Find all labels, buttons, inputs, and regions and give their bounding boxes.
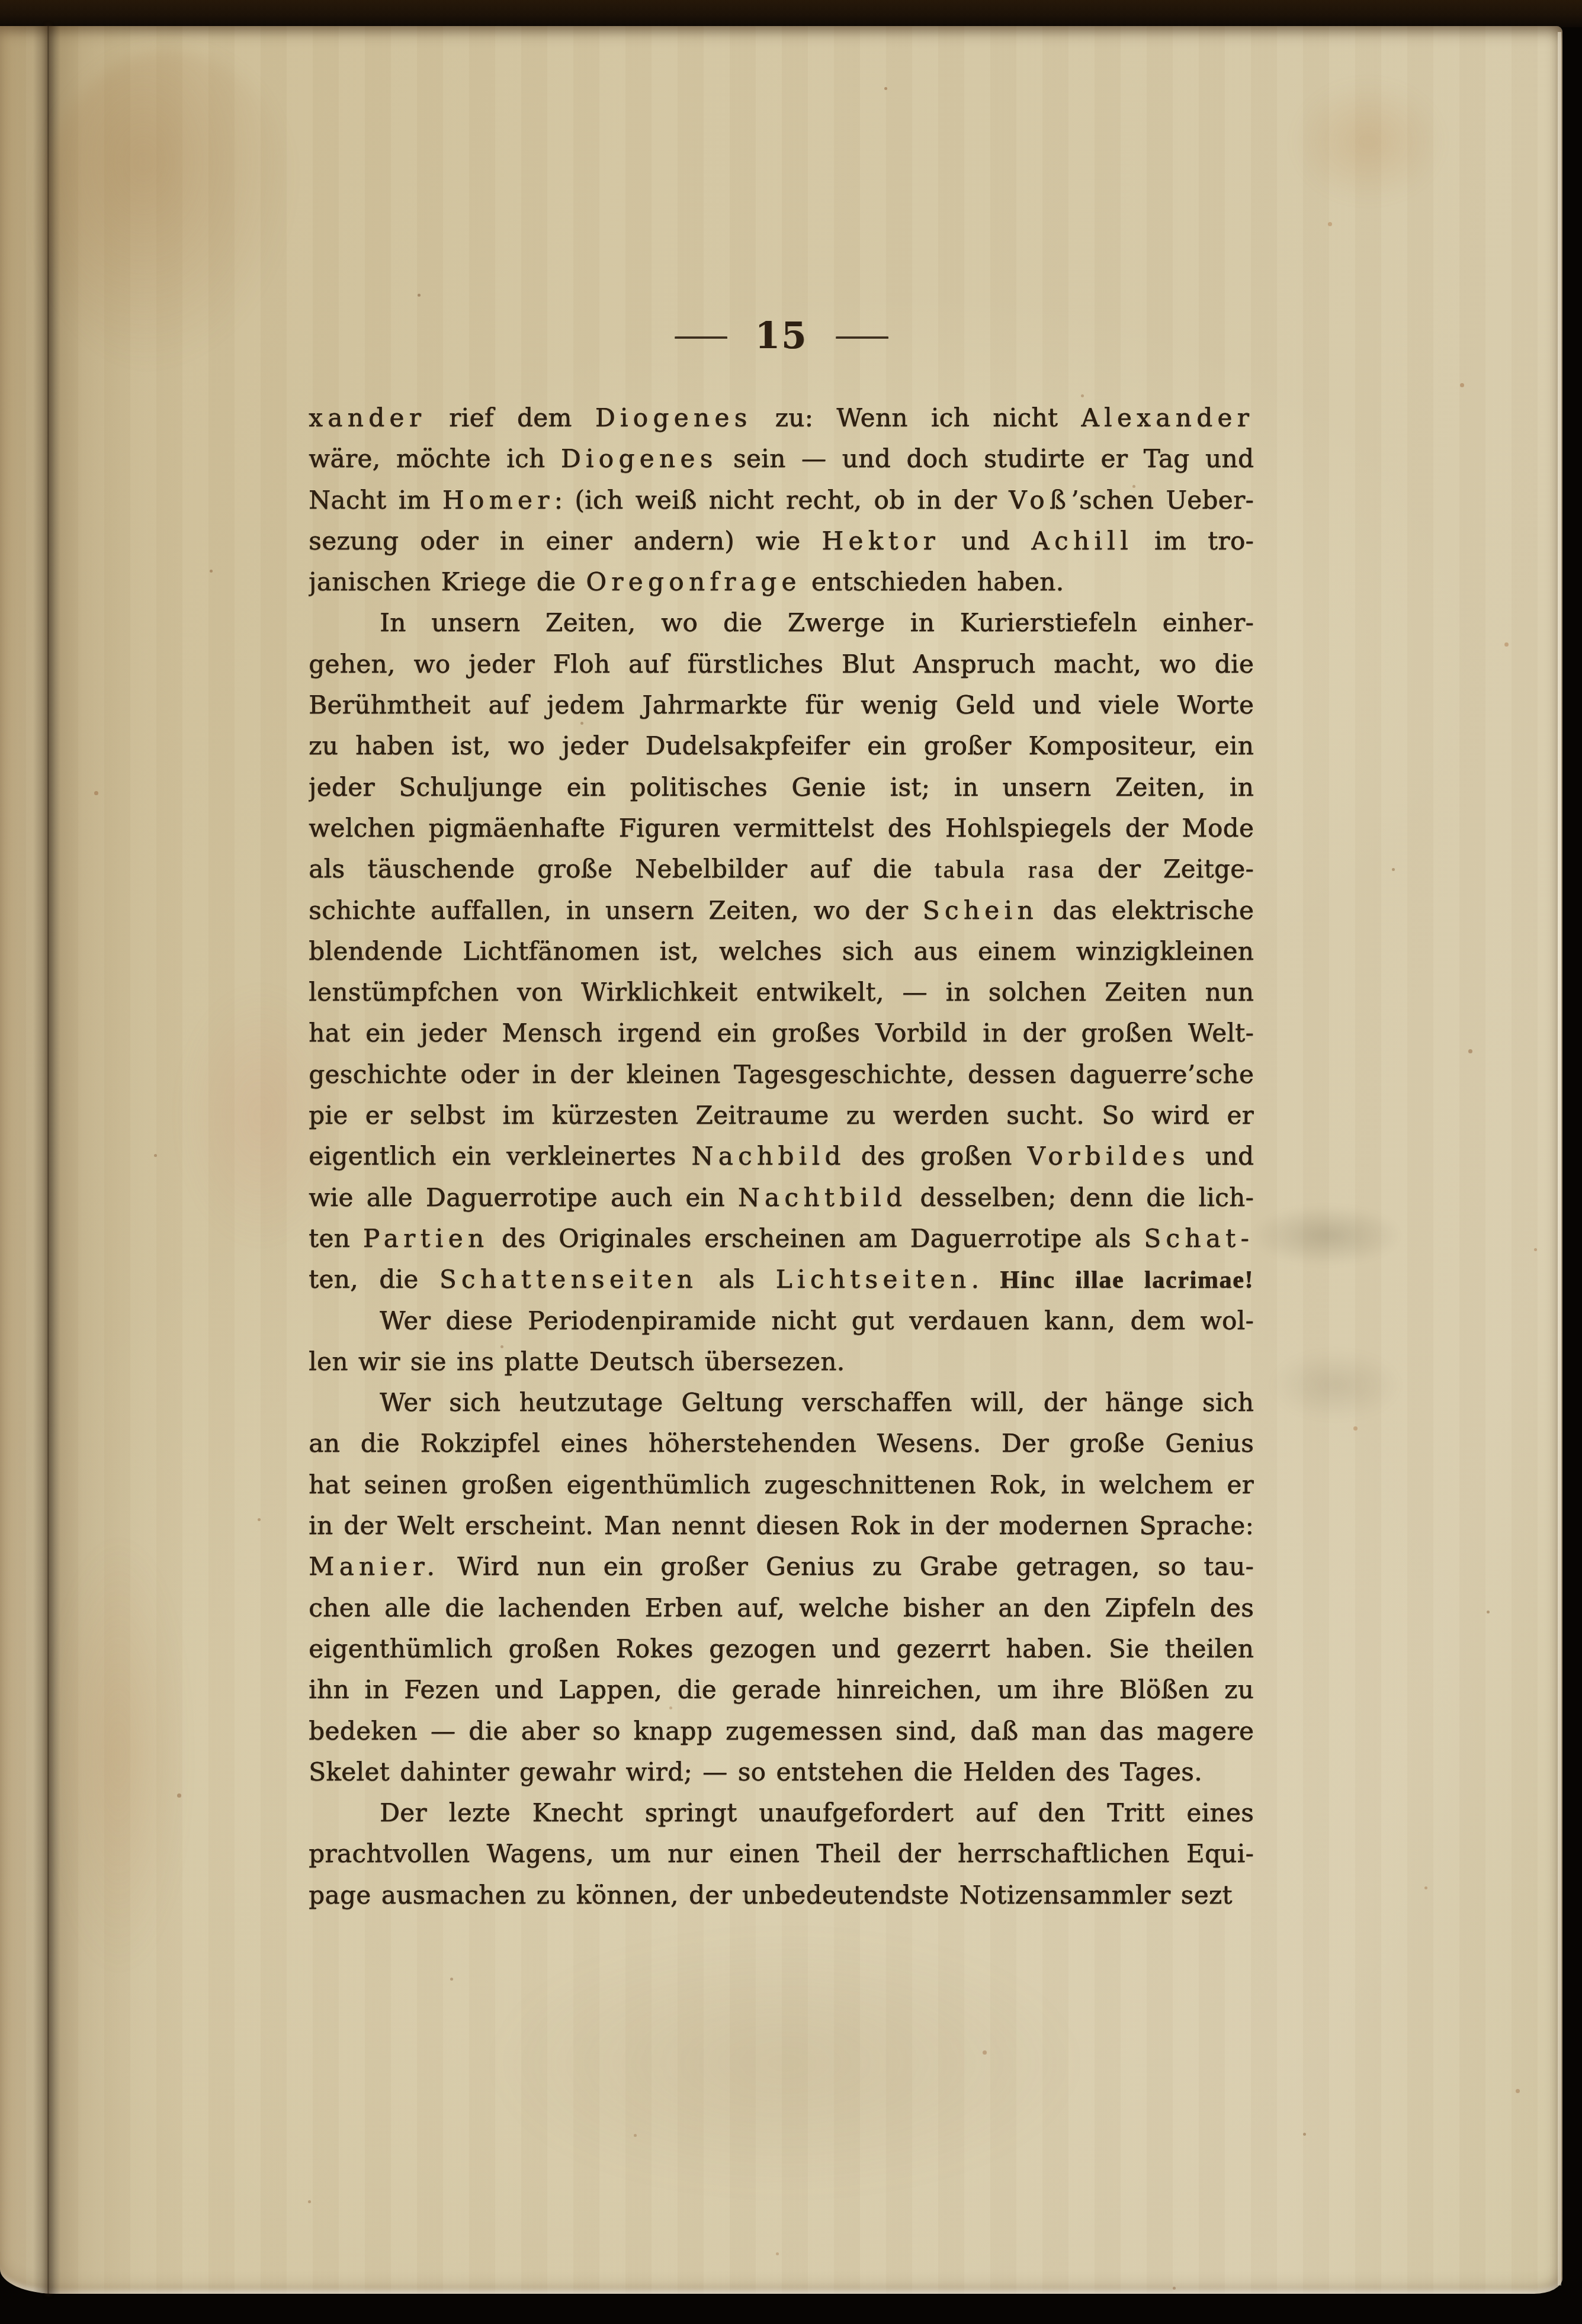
text-segment-fraktur: Der lezte Knecht springt unaufgefordert … bbox=[380, 1798, 1254, 1827]
text-segment-fraktur: len wir sie ins platte Deutsch übersezen… bbox=[309, 1347, 845, 1376]
text-segment-fraktur: hat seinen großen eigenthümlich zugeschn… bbox=[309, 1470, 1254, 1499]
text-line: sezung oder in einer andern) wie Hektor … bbox=[309, 520, 1254, 561]
text-line: Der lezte Knecht springt unaufgefordert … bbox=[309, 1792, 1254, 1833]
text-segment-fraktur: jeder Schuljunge ein politisches Genie i… bbox=[309, 773, 1254, 802]
text-line: eigenthümlich großen Rokes gezogen und g… bbox=[309, 1628, 1254, 1669]
text-line: lenstümpfchen von Wirklichkeit entwikelt… bbox=[309, 972, 1254, 1012]
text-segment-fraktur: janischen Kriege die bbox=[309, 567, 586, 596]
text-segment-fraktur: das elektrische bbox=[1038, 896, 1254, 925]
text-line: gehen, wo jeder Floh auf fürstliches Blu… bbox=[309, 644, 1254, 684]
text-segment-fraktur: der Zeitge- bbox=[1075, 854, 1254, 883]
text-line: jeder Schuljunge ein politisches Genie i… bbox=[309, 767, 1254, 808]
text-line: hat seinen großen eigenthümlich zugeschn… bbox=[309, 1464, 1254, 1505]
text-segment-fraktur: wäre, möchte ich bbox=[309, 444, 561, 473]
text-segment-spaced: Schat- bbox=[1144, 1224, 1254, 1253]
text-line: zu haben ist, wo jeder Dudelsakpfeifer e… bbox=[309, 725, 1254, 766]
text-segment-fraktur: bedeken — die aber so knapp zugemessen s… bbox=[309, 1717, 1254, 1746]
text-segment-fraktur: Nacht im bbox=[309, 486, 442, 515]
scan-background-top bbox=[0, 0, 1582, 27]
text-segment-spaced: Schattenseiten bbox=[439, 1265, 698, 1294]
page-text: xander rief dem Diogenes zu: Wenn ich ni… bbox=[309, 397, 1254, 1915]
text-line: blendende Lichtfänomen ist, welches sich… bbox=[309, 931, 1254, 972]
text-line: als täuschende große Nebelbilder auf die… bbox=[309, 848, 1254, 889]
text-segment-spaced: Diogenes bbox=[595, 403, 752, 432]
text-segment-spaced: Nachtbild bbox=[738, 1183, 907, 1212]
text-segment-fraktur: im tro- bbox=[1133, 526, 1254, 555]
text-segment-fraktur: sein — und doch studirte er Tag und bbox=[717, 444, 1254, 473]
text-line: geschichte oder in der kleinen Tagesgesc… bbox=[309, 1054, 1254, 1095]
text-line: an die Rokzipfel eines höherstehenden We… bbox=[309, 1423, 1254, 1464]
text-line: Berühmtheit auf jedem Jahrmarkte für wen… bbox=[309, 684, 1254, 725]
text-segment-fraktur: entschieden haben. bbox=[801, 567, 1064, 596]
text-segment-fraktur: eigentlich ein verkleinertes bbox=[309, 1142, 691, 1171]
text-segment-fraktur: des großen bbox=[846, 1142, 1028, 1171]
text-segment-fraktur: Wird nun ein großer Genius zu Grabe getr… bbox=[439, 1552, 1254, 1581]
text-segment-fraktur: . bbox=[971, 1265, 1000, 1294]
text-segment-fraktur: Wer sich heutzutage Geltung verschaffen … bbox=[380, 1388, 1254, 1417]
text-line: xander rief dem Diogenes zu: Wenn ich ni… bbox=[309, 397, 1254, 438]
text-segment-fraktur: chen alle die lachenden Erben auf, welch… bbox=[309, 1593, 1254, 1622]
text-segment-fraktur: ihn in Fezen und Lappen, die gerade hinr… bbox=[309, 1675, 1254, 1704]
text-line: pie er selbst im kürzesten Zeitraume zu … bbox=[309, 1095, 1254, 1136]
text-segment-fraktur: und bbox=[940, 526, 1031, 555]
text-segment-fraktur: schichte auffallen, in unsern Zeiten, wo… bbox=[309, 896, 923, 925]
text-line: in der Welt erscheint. Man nennt diesen … bbox=[309, 1505, 1254, 1546]
text-line: ten, die Schattenseiten als Lichtseiten.… bbox=[309, 1259, 1254, 1300]
text-segment-spaced: Lichtseiten bbox=[776, 1265, 971, 1294]
stain bbox=[503, 1944, 1066, 2181]
text-segment-spaced: Partien bbox=[363, 1224, 489, 1253]
text-segment-fraktur: zu haben ist, wo jeder Dudelsakpfeifer e… bbox=[309, 731, 1254, 760]
text-segment-fraktur: Berühmtheit auf jedem Jahrmarkte für wen… bbox=[309, 690, 1254, 719]
show-through-stain bbox=[1273, 1352, 1398, 1417]
text-line: hat ein jeder Mensch irgend ein großes V… bbox=[309, 1012, 1254, 1053]
text-segment-spaced: Vorbildes bbox=[1027, 1142, 1190, 1171]
page-number: 15 bbox=[755, 315, 808, 357]
text-segment-fraktur: pie er selbst im kürzesten Zeitraume zu … bbox=[309, 1101, 1254, 1130]
show-through-stain bbox=[1256, 1207, 1398, 1264]
text-segment-fraktur: gehen, wo jeder Floh auf fürstliches Blu… bbox=[309, 650, 1254, 679]
text-line: schichte auffallen, in unsern Zeiten, wo… bbox=[309, 890, 1254, 931]
text-segment-fraktur: zu: Wenn ich nicht bbox=[752, 403, 1081, 432]
header-dash-left: — bbox=[672, 318, 729, 353]
text-segment-antiqua: tabula rasa bbox=[935, 856, 1075, 883]
text-segment-antiqua-bold: Hinc illae lacrimae! bbox=[1000, 1267, 1254, 1294]
text-line: eigentlich ein verkleinertes Nachbild de… bbox=[309, 1136, 1254, 1177]
text-segment-fraktur: prachtvollen Wagens, um nur einen Theil … bbox=[309, 1839, 1254, 1868]
text-segment-fraktur: blendende Lichtfänomen ist, welches sich… bbox=[309, 937, 1254, 972]
text-line: welchen pigmäenhafte Figuren vermittelst… bbox=[309, 808, 1254, 848]
text-segment-spaced: Voß bbox=[1009, 486, 1071, 515]
text-segment-fraktur: welchen pigmäenhafte Figuren vermittelst… bbox=[309, 814, 1254, 843]
text-line: Skelet dahinter gewahr wird; — so entste… bbox=[309, 1751, 1254, 1792]
text-segment-fraktur: desselben; denn die lich- bbox=[907, 1183, 1254, 1212]
scanned-book-spread: { "page": { "number": "15", "header": { … bbox=[0, 0, 1582, 2324]
text-segment-spaced: Hektor bbox=[822, 526, 940, 555]
stain bbox=[1291, 79, 1445, 204]
text-segment-fraktur: in der Welt erscheint. Man nennt diesen … bbox=[309, 1511, 1254, 1540]
text-line: Wer sich heutzutage Geltung verschaffen … bbox=[309, 1382, 1254, 1423]
text-line: Nacht im Homer: (ich weiß nicht recht, o… bbox=[309, 480, 1254, 520]
text-segment-spaced: Manier. bbox=[309, 1552, 439, 1581]
text-segment-fraktur: als täuschende große Nebelbilder auf die bbox=[309, 854, 935, 883]
text-line: wie alle Daguerrotipe auch ein Nachtbild… bbox=[309, 1177, 1254, 1218]
text-segment-spaced: Schein bbox=[923, 896, 1038, 925]
text-segment-spaced: Nachbild bbox=[691, 1142, 845, 1171]
paper-specks bbox=[0, 26, 3, 29]
text-line: wäre, möchte ich Diogenes sein — und doc… bbox=[309, 438, 1254, 479]
text-segment-spaced: xander bbox=[309, 403, 426, 432]
text-segment-fraktur: rief dem bbox=[426, 403, 595, 432]
text-segment-spaced: Achill bbox=[1031, 526, 1133, 555]
text-line: ihn in Fezen und Lappen, die gerade hinr… bbox=[309, 1669, 1254, 1710]
text-segment-spaced: Oregonfrage bbox=[586, 567, 801, 596]
text-segment-fraktur: an die Rokzipfel eines höherstehenden We… bbox=[309, 1429, 1254, 1458]
text-line: chen alle die lachenden Erben auf, welch… bbox=[309, 1587, 1254, 1628]
text-segment-fraktur: Skelet dahinter gewahr wird; — so entste… bbox=[309, 1757, 1202, 1786]
text-segment-fraktur: ten, die bbox=[309, 1265, 439, 1294]
page-gutter-crease bbox=[0, 26, 184, 2294]
text-line: len wir sie ins platte Deutsch übersezen… bbox=[309, 1341, 1254, 1382]
text-segment-spaced: Homer bbox=[442, 486, 554, 515]
text-segment-fraktur: hat ein jeder Mensch irgend ein großes V… bbox=[309, 1018, 1254, 1047]
text-line: Wer diese Periodenpiramide nicht gut ver… bbox=[309, 1300, 1254, 1341]
text-line: ten Partien des Originales erscheinen am… bbox=[309, 1218, 1254, 1259]
text-segment-fraktur: page ausmachen zu können, der unbedeuten… bbox=[309, 1881, 1233, 1910]
text-line: prachtvollen Wagens, um nur einen Theil … bbox=[309, 1833, 1254, 1874]
text-line: bedeken — die aber so knapp zugemessen s… bbox=[309, 1711, 1254, 1751]
text-segment-spaced: Alexander bbox=[1081, 403, 1254, 432]
header-dash-right: — bbox=[833, 318, 890, 353]
text-segment-spaced: Diogenes bbox=[561, 444, 718, 473]
text-line: page ausmachen zu können, der unbedeuten… bbox=[309, 1875, 1254, 1915]
text-segment-fraktur: geschichte oder in der kleinen Tagesgesc… bbox=[309, 1060, 1254, 1095]
text-segment-fraktur: und bbox=[1190, 1142, 1254, 1171]
text-segment-fraktur: In unsern Zeiten, wo die Zwerge in Kurie… bbox=[380, 608, 1254, 637]
text-segment-fraktur: ten bbox=[309, 1224, 363, 1253]
text-segment-fraktur: eigenthümlich großen Rokes gezogen und g… bbox=[309, 1634, 1254, 1663]
text-segment-fraktur: wie alle Daguerrotipe auch ein bbox=[309, 1183, 738, 1212]
text-line: In unsern Zeiten, wo die Zwerge in Kurie… bbox=[309, 602, 1254, 643]
text-segment-fraktur: Wer diese Periodenpiramide nicht gut ver… bbox=[380, 1306, 1254, 1335]
text-segment-fraktur: sezung oder in einer andern) wie bbox=[309, 526, 822, 555]
page-header: — 15 — bbox=[309, 309, 1254, 362]
text-segment-fraktur: als bbox=[698, 1265, 776, 1294]
text-line: Manier. Wird nun ein großer Genius zu Gr… bbox=[309, 1546, 1254, 1587]
text-segment-fraktur: ’schen Ueber- bbox=[1071, 486, 1254, 515]
text-line: janischen Kriege die Oregonfrage entschi… bbox=[309, 561, 1254, 602]
text-segment-fraktur: des Originales erscheinen am Daguerrotip… bbox=[489, 1224, 1144, 1253]
text-segment-fraktur: : (ich weiß nicht recht, ob in der bbox=[554, 486, 1009, 515]
text-segment-fraktur: lenstümpfchen von Wirklichkeit entwikelt… bbox=[309, 978, 1254, 1007]
